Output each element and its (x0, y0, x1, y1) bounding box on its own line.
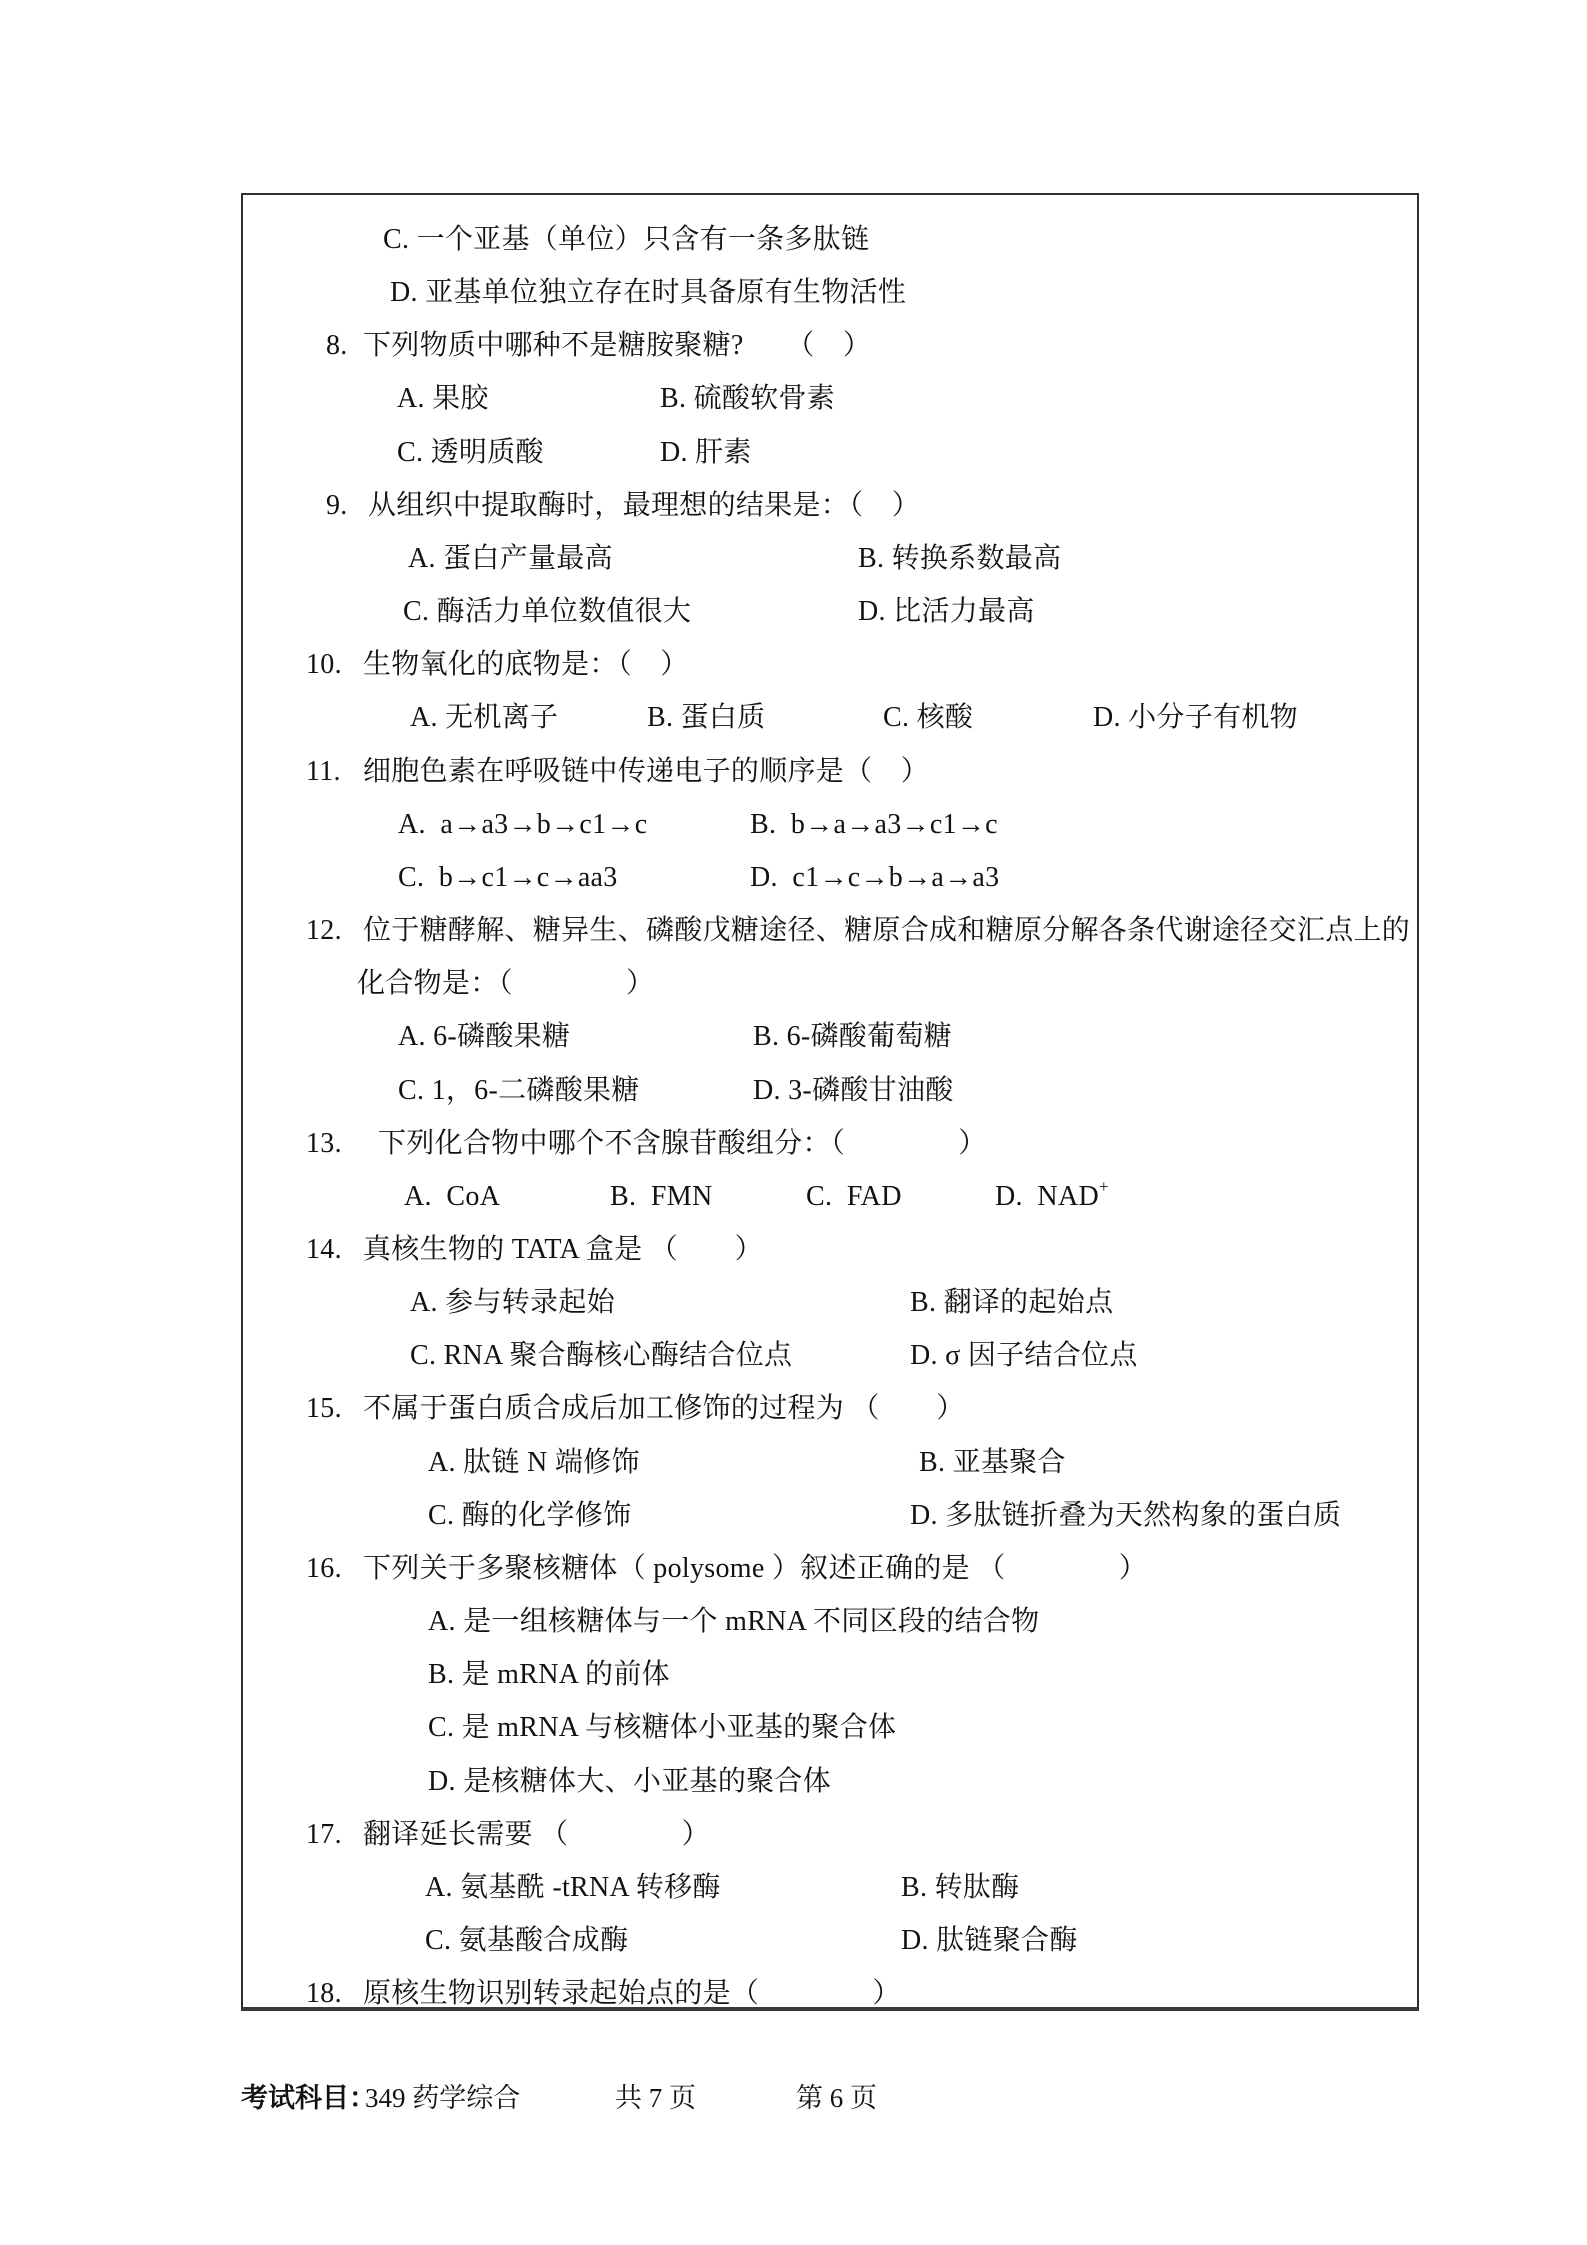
q7-option-c: C. 一个亚基（单位）只含有一条多肽链 (383, 224, 869, 256)
q17-number: 17. (306, 1819, 342, 1851)
q14-option-b: B. 翻译的起始点 (910, 1287, 1113, 1319)
q11-option-d: D. c1→c→b→a→a3 (750, 862, 999, 894)
q10-stem: 生物氧化的底物是：（ ） (363, 649, 689, 681)
footer-subject-label: 考试科目： (241, 2082, 376, 2114)
q14-option-a: A. 参与转录起始 (410, 1287, 615, 1319)
q18-number: 18. (306, 1978, 342, 2010)
q9-option-d: D. 比活力最高 (858, 596, 1035, 628)
q16-stem: 下列关于多聚核糖体（ polysome ）叙述正确的是 （ ） (363, 1553, 1147, 1585)
q8-option-c: C. 透明质酸 (397, 437, 544, 469)
q15-option-a: A. 肽链 N 端修饰 (428, 1447, 640, 1479)
q9-option-a: A. 蛋白产量最高 (408, 543, 613, 575)
footer-subject-value: 349 药学综合 (365, 2082, 520, 2114)
q16-option-a: A. 是一组核糖体与一个 mRNA 不同区段的结合物 (428, 1606, 1039, 1638)
q13-option-d-superscript: + (1099, 1177, 1109, 1196)
q8-option-b: B. 硫酸软骨素 (660, 383, 835, 415)
q16-option-c: C. 是 mRNA 与核糖体小亚基的聚合体 (428, 1712, 896, 1744)
q12-option-d: D. 3-磷酸甘油酸 (753, 1075, 954, 1107)
q7-option-d: D. 亚基单位独立存在时具备原有生物活性 (390, 277, 906, 309)
exam-page: C. 一个亚基（单位）只含有一条多肽链 D. 亚基单位独立存在时具备原有生物活性… (0, 0, 1587, 2245)
q15-option-c: C. 酶的化学修饰 (428, 1500, 631, 1532)
q18-stem: 原核生物识别转录起始点的是（ ） (363, 1978, 901, 2010)
q12-number: 12. (306, 915, 342, 947)
q14-stem: 真核生物的 TATA 盒是 （ ） (363, 1234, 763, 1266)
q16-option-d: D. 是核糖体大、小亚基的聚合体 (428, 1766, 831, 1798)
q13-option-d-text: D. NAD (995, 1181, 1099, 1212)
q10-option-a: A. 无机离子 (410, 702, 558, 734)
q9-stem: 从组织中提取酶时，最理想的结果是：（ ） (368, 490, 920, 522)
q11-option-a: A. a→a3→b→c1→c (398, 809, 647, 841)
q11-number: 11. (306, 756, 341, 788)
q13-number: 13. (306, 1128, 342, 1160)
q17-option-b: B. 转肽酶 (901, 1872, 1019, 1904)
q12-option-a: A. 6-磷酸果糖 (398, 1021, 570, 1053)
q9-option-c: C. 酶活力单位数值很大 (403, 596, 691, 628)
q8-option-a: A. 果胶 (397, 383, 489, 415)
q9-number: 9. (326, 490, 348, 522)
q13-option-d: D. NAD+ (995, 1181, 1109, 1213)
q12-stem-line1: 位于糖酵解、糖异生、磷酸戊糖途径、糖原合成和糖原分解各条代谢途径交汇点上的 (363, 915, 1410, 947)
q17-stem: 翻译延长需要 （ ） (363, 1819, 710, 1851)
q13-stem: 下列化合物中哪个不含腺苷酸组分：（ ） (378, 1128, 987, 1160)
q17-option-d: D. 肽链聚合酶 (901, 1925, 1078, 1957)
q17-option-a: A. 氨基酰 -tRNA 转移酶 (425, 1872, 721, 1904)
q14-number: 14. (306, 1234, 342, 1266)
q8-stem: 下列物质中哪种不是糖胺聚糖? （ ） (363, 330, 871, 362)
q16-number: 16. (306, 1553, 342, 1585)
q15-number: 15. (306, 1393, 342, 1425)
footer-page-current: 第 6 页 (796, 2082, 877, 2114)
q14-option-c: C. RNA 聚合酶核心酶结合位点 (410, 1340, 792, 1372)
q15-stem: 不属于蛋白质合成后加工修饰的过程为 （ ） (363, 1393, 965, 1425)
q10-number: 10. (306, 649, 342, 681)
q17-option-c: C. 氨基酸合成酶 (425, 1925, 628, 1957)
q13-option-c: C. FAD (806, 1181, 902, 1213)
q12-option-b: B. 6-磷酸葡萄糖 (753, 1021, 952, 1053)
footer-pages-total: 共 7 页 (615, 2082, 696, 2114)
q9-option-b: B. 转换系数最高 (858, 543, 1061, 575)
q14-option-d: D. σ 因子结合位点 (910, 1340, 1138, 1372)
q13-option-a: A. CoA (404, 1181, 500, 1213)
q10-option-c: C. 核酸 (883, 702, 973, 734)
q10-option-b: B. 蛋白质 (647, 702, 765, 734)
q15-option-b: B. 亚基聚合 (919, 1447, 1066, 1479)
q13-option-b: B. FMN (610, 1181, 712, 1213)
q11-stem: 细胞色素在呼吸链中传递电子的顺序是（ ） (363, 756, 929, 788)
q12-stem-line2: 化合物是：（ ） (357, 968, 654, 1000)
q11-option-c: C. b→c1→c→aa3 (398, 862, 618, 894)
q15-option-d: D. 多肽链折叠为天然构象的蛋白质 (910, 1500, 1341, 1532)
q11-option-b: B. b→a→a3→c1→c (750, 809, 998, 841)
q10-option-d: D. 小分子有机物 (1093, 702, 1298, 734)
q16-option-b: B. 是 mRNA 的前体 (428, 1659, 670, 1691)
q8-number: 8. (326, 330, 348, 362)
q8-option-d: D. 肝素 (660, 437, 752, 469)
q12-option-c: C. 1，6-二磷酸果糖 (398, 1075, 640, 1107)
